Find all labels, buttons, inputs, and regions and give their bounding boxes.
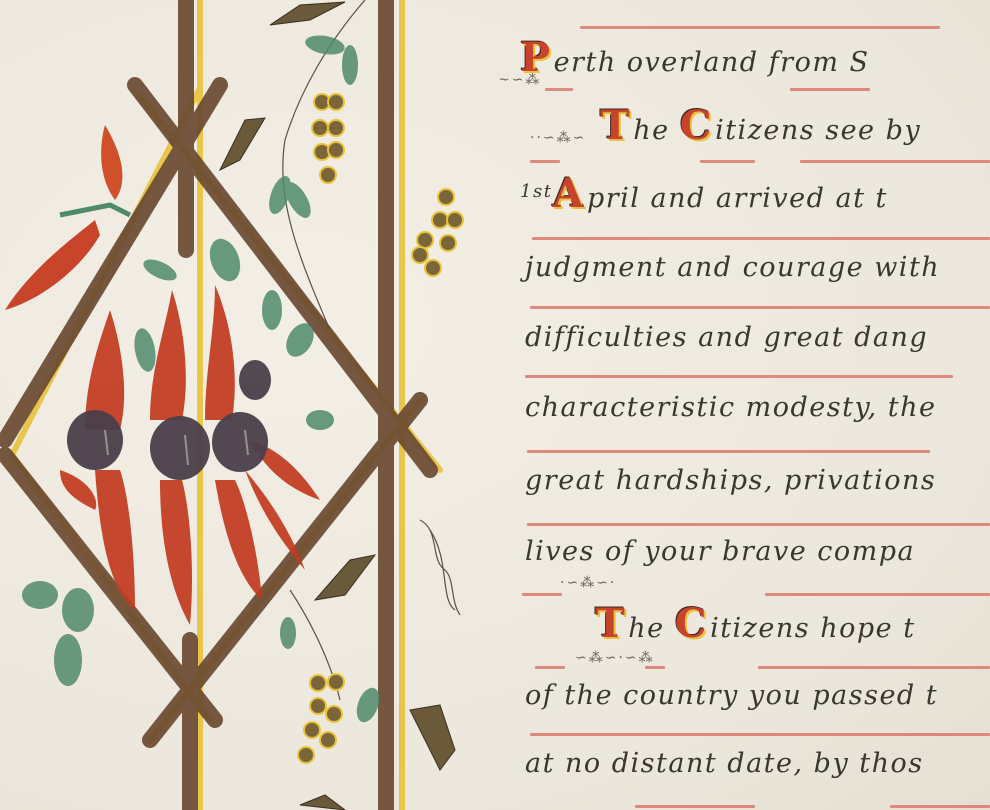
ruled-line: [527, 450, 930, 453]
ruled-line: [545, 88, 573, 91]
ruled-line: [525, 375, 953, 378]
text-line-2: The Citizens see by: [600, 102, 921, 149]
text-line-4: judgment and courage with: [525, 252, 940, 283]
ruled-line: [530, 733, 990, 736]
illuminated-initial: P: [520, 34, 552, 81]
pen-flourish: ∽⁂∽·∽⁂: [575, 650, 655, 666]
pen-flourish: ·∽⁂∽·: [560, 575, 616, 591]
text-line-6: characteristic modesty, the: [525, 392, 937, 423]
text-line-7: great hardships, privations: [525, 465, 936, 496]
illuminated-initial: T: [600, 102, 631, 149]
text-line-8: lives of your brave compa: [525, 536, 915, 567]
illuminated-initial: C: [680, 102, 713, 149]
manuscript-text-column: ·.~∽⁂ ··∽⁂∽ ·∽⁂∽· ∽⁂∽·∽⁂ Perth overland …: [500, 0, 990, 810]
ruled-line: [580, 26, 940, 29]
text-line-5: difficulties and great dang: [525, 322, 928, 353]
ruled-line: [535, 666, 565, 669]
text-line-3: 1stApril and arrived at t: [520, 170, 888, 217]
illuminated-initial: C: [675, 600, 708, 647]
ruled-line: [800, 160, 990, 163]
text-line-11: at no distant date, by thos: [525, 748, 924, 779]
ruled-line: [522, 593, 562, 596]
ruled-line: [645, 666, 665, 669]
ruled-line: [635, 805, 755, 808]
ruled-line: [765, 593, 990, 596]
ruled-line: [758, 666, 990, 669]
ruled-line: [530, 306, 990, 309]
illuminated-initial: T: [595, 600, 626, 647]
botanical-border-illustration: [0, 0, 480, 810]
ruled-line: [530, 160, 560, 163]
pen-flourish: ··∽⁂∽: [530, 130, 586, 146]
flower-bud-icon: [5, 125, 130, 310]
text-line-10: of the country you passed t: [525, 680, 938, 711]
text-line-1: Perth overland from S: [520, 34, 870, 81]
illuminated-initial: A: [552, 170, 585, 217]
ruled-line: [700, 160, 755, 163]
ruled-line: [890, 805, 990, 808]
text-line-9: The Citizens hope t: [595, 600, 916, 647]
ruled-line: [532, 237, 990, 240]
ruled-line: [527, 523, 990, 526]
ruled-line: [790, 88, 870, 91]
